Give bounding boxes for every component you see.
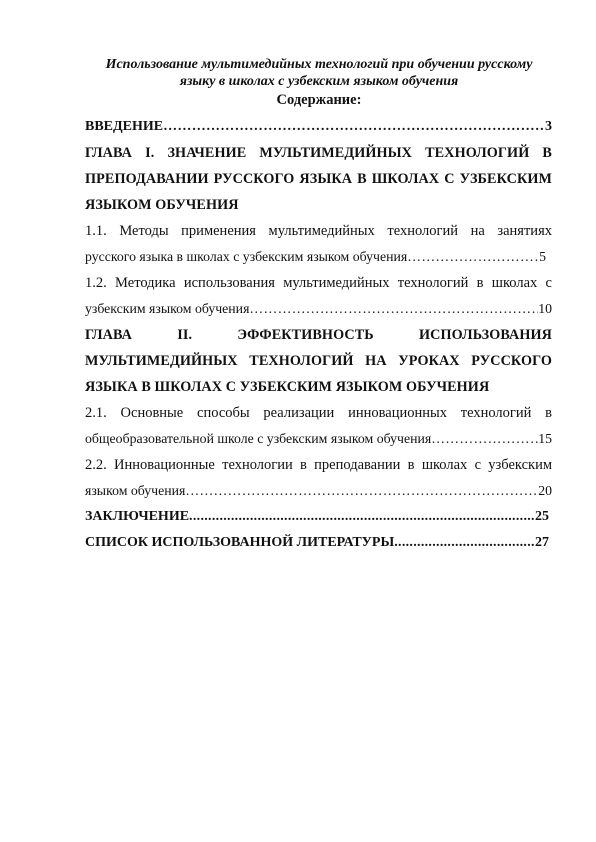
- toc-entry-intro[interactable]: ВВЕДЕНИЕ ……………………………………………………………………………………: [85, 114, 552, 140]
- toc-leader-dots: ........................................…: [189, 504, 535, 530]
- toc-entry-line: 2.2. Инновационные технологии в преподав…: [85, 452, 552, 478]
- document-title: Использование мультимедийных технологий …: [85, 56, 553, 90]
- toc-entry-line-last: узбекским языком обучения ………………………………………: [85, 296, 552, 322]
- toc-entry-line: 1.2. Методика использования мультимедийн…: [85, 270, 552, 296]
- toc-entry-line: 2.1. Основные способы реализации инновац…: [85, 400, 552, 426]
- table-of-contents: ВВЕДЕНИЕ ……………………………………………………………………………………: [85, 114, 552, 556]
- toc-page-number: 25: [535, 504, 549, 530]
- toc-entry-title: ЗАКЛЮЧЕНИЕ: [85, 504, 189, 530]
- toc-page-number: 10: [538, 296, 552, 322]
- toc-entry-line: ГЛАВА II. ЭФФЕКТИВНОСТЬ ИСПОЛЬЗОВАНИЯ: [85, 322, 552, 348]
- toc-entry-line-last: языком обучения …………………………………………………………………: [85, 478, 552, 504]
- toc-entry-section-1-2[interactable]: 1.2. Методика использования мультимедийн…: [85, 270, 552, 322]
- toc-entry-section-2-1[interactable]: 2.1. Основные способы реализации инновац…: [85, 400, 552, 452]
- toc-page-number: 27: [535, 530, 549, 556]
- toc-entry-line: ЯЗЫКА В ШКОЛАХ С УЗБЕКСКИМ ЯЗЫКОМ ОБУЧЕН…: [85, 374, 552, 400]
- toc-entry-line: ЯЗЫКОМ ОБУЧЕНИЯ: [85, 192, 552, 218]
- toc-leader-dots: ……………………………………………………………………………………………………………: [407, 244, 539, 270]
- toc-page-number: 5: [539, 244, 546, 270]
- toc-entry-line: МУЛЬТИМЕДИЙНЫХ ТЕХНОЛОГИЙ НА УРОКАХ РУСС…: [85, 348, 552, 374]
- toc-page-number: 3: [545, 114, 552, 140]
- toc-entry-chapter-2[interactable]: ГЛАВА II. ЭФФЕКТИВНОСТЬ ИСПОЛЬЗОВАНИЯ МУ…: [85, 322, 552, 400]
- toc-entry-line-last: общеобразовательной школе с узбекским яз…: [85, 426, 552, 452]
- toc-entry-line: ГЛАВА I. ЗНАЧЕНИЕ МУЛЬТИМЕДИЙНЫХ ТЕХНОЛО…: [85, 140, 552, 166]
- toc-entry-title: узбекским языком обучения: [85, 296, 249, 322]
- toc-entry-chapter-1[interactable]: ГЛАВА I. ЗНАЧЕНИЕ МУЛЬТИМЕДИЙНЫХ ТЕХНОЛО…: [85, 140, 552, 218]
- title-line-1: Использование мультимедийных технологий …: [85, 56, 553, 73]
- toc-page-number: 15: [538, 426, 552, 452]
- toc-entry-line-last: русского языка в школах с узбекским язык…: [85, 244, 546, 270]
- toc-entry-conclusion[interactable]: ЗАКЛЮЧЕНИЕ .............................…: [85, 504, 549, 530]
- toc-entry-line: ПРЕПОДАВАНИИ РУССКОГО ЯЗЫКА В ШКОЛАХ С У…: [85, 166, 552, 192]
- toc-entry-line: 1.1. Методы применения мультимедийных те…: [85, 218, 552, 244]
- toc-leader-dots: ……………………………………………………………………………………………………………: [249, 296, 538, 322]
- toc-entry-title: языком обучения: [85, 478, 185, 504]
- toc-leader-dots: ……………………………………………………………………………………………………………: [163, 114, 545, 140]
- title-line-2: языку в школах с узбекским языком обучен…: [85, 73, 553, 90]
- toc-entry-title: русского языка в школах с узбекским язык…: [85, 244, 407, 270]
- toc-entry-title: СПИСОК ИСПОЛЬЗОВАННОЙ ЛИТЕРАТУРЫ: [85, 530, 394, 556]
- toc-entry-title: общеобразовательной школе с узбекским яз…: [85, 426, 431, 452]
- toc-heading: Содержание:: [85, 92, 553, 109]
- toc-leader-dots: ……………………………………………………………………………………………………………: [431, 426, 538, 452]
- toc-entry-references[interactable]: СПИСОК ИСПОЛЬЗОВАННОЙ ЛИТЕРАТУРЫ .......…: [85, 530, 549, 556]
- toc-leader-dots: ……………………………………………………………………………………………………………: [185, 478, 538, 504]
- document-page: Использование мультимедийных технологий …: [0, 0, 596, 842]
- toc-entry-section-2-2[interactable]: 2.2. Инновационные технологии в преподав…: [85, 452, 552, 504]
- toc-leader-dots: ........................................…: [394, 530, 535, 556]
- toc-entry-section-1-1[interactable]: 1.1. Методы применения мультимедийных те…: [85, 218, 552, 270]
- toc-entry-title: ВВЕДЕНИЕ: [85, 114, 163, 140]
- toc-page-number: 20: [538, 478, 552, 504]
